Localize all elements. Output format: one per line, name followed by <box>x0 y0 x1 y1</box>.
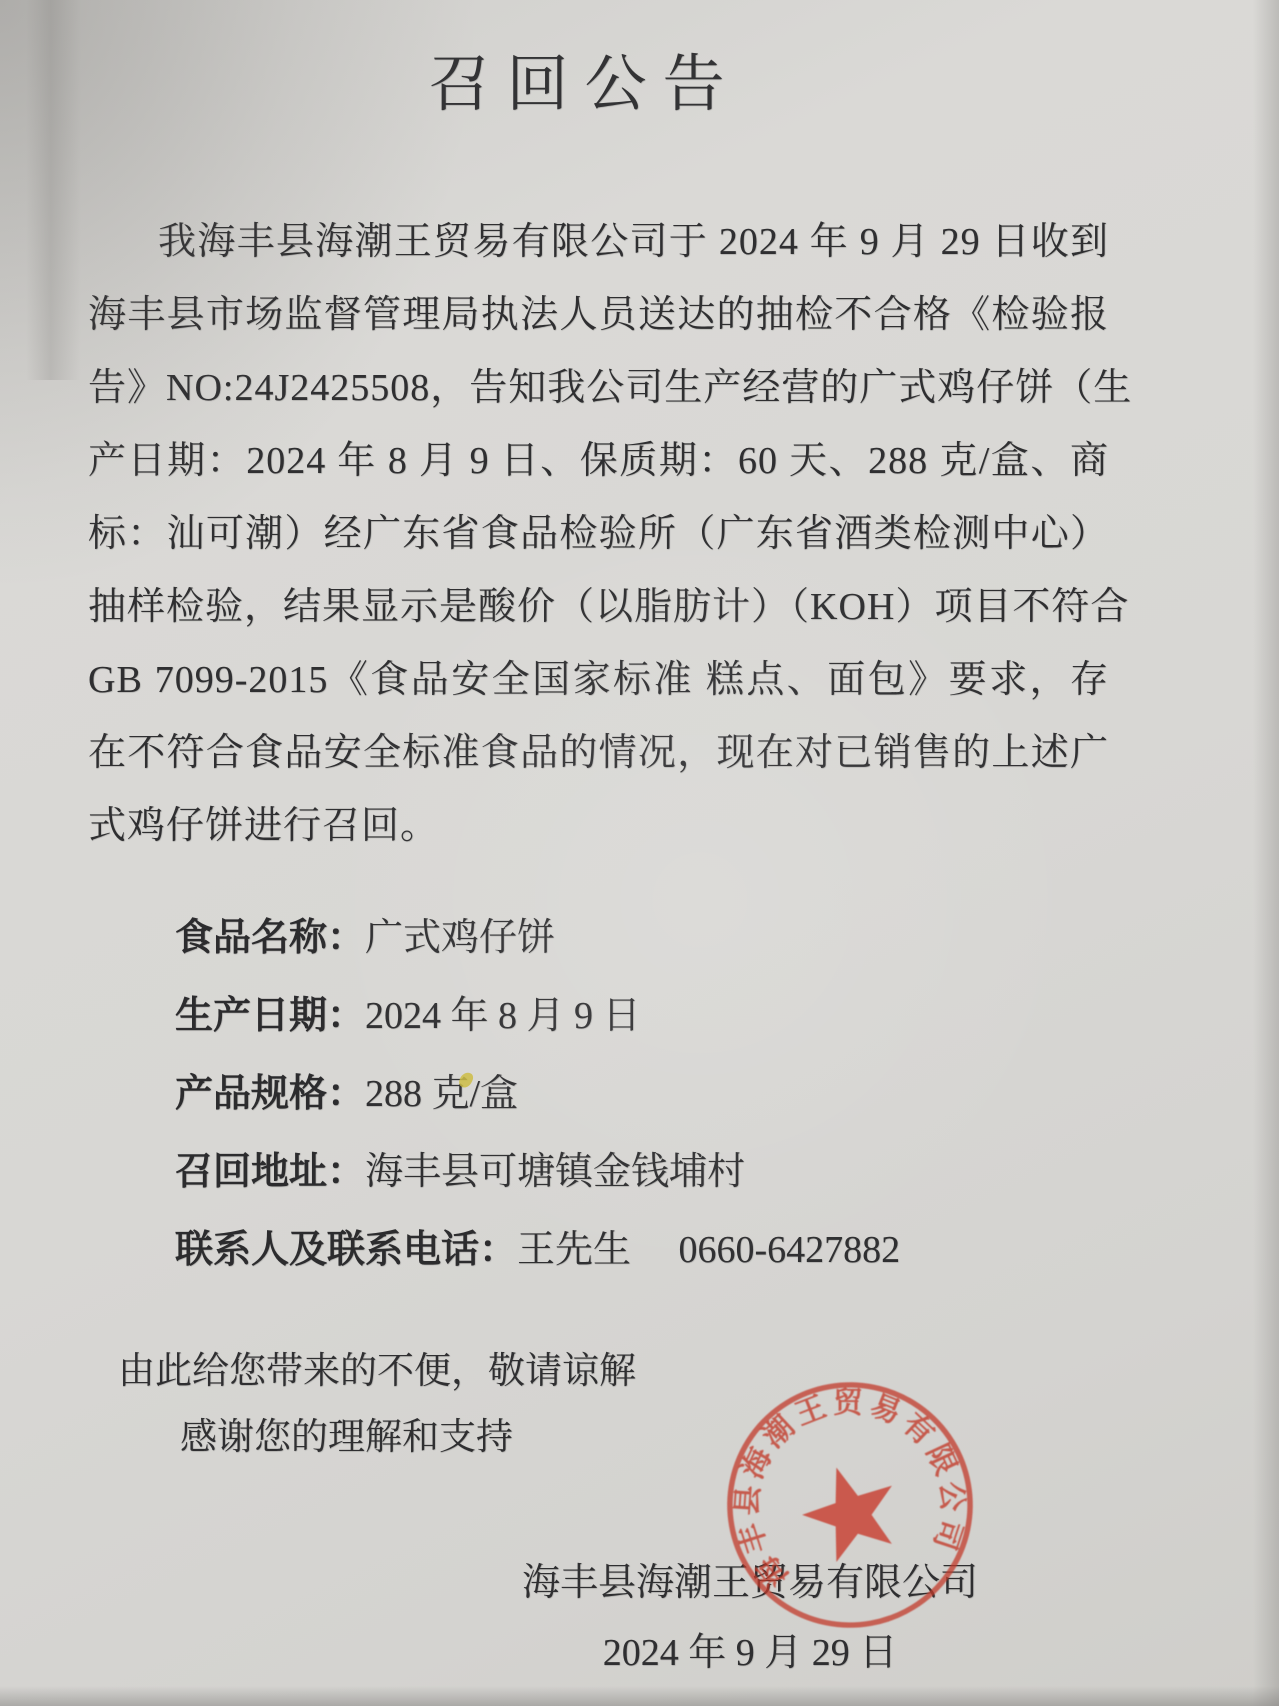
detail-value: 广式鸡仔饼 <box>365 917 555 959</box>
paragraph-line: 式鸡仔饼进行召回。 <box>88 790 1109 863</box>
paper-shadow-right-edge <box>1253 0 1279 1706</box>
paragraph-line: 告》NO:24J2425508，告知我公司生产经营的广式鸡仔饼（生 <box>88 352 1109 425</box>
detail-label: 召回地址： <box>175 1151 365 1193</box>
detail-label: 产品规格： <box>175 1073 365 1115</box>
paper-shadow-bottom-edge <box>0 1686 1279 1706</box>
detail-contact: 联系人及联系电话：王先生 0660-6427882 <box>175 1211 1129 1289</box>
detail-value: 2024 年 8 月 9 日 <box>365 995 641 1037</box>
paragraph-line: 抽样检验，结果显示是酸价（以脂肪计）（KOH）项目不符合 <box>88 571 1109 644</box>
scanned-recall-notice: 召回公告 我海丰县海潮王贸易有限公司于 2024 年 9 月 29 日收到 海丰… <box>0 0 1279 1706</box>
product-details: 食品名称：广式鸡仔饼 生产日期：2024 年 8 月 9 日 产品规格：288 … <box>175 899 1129 1289</box>
detail-recall-address: 召回地址：海丰县可塘镇金钱埔村 <box>175 1133 1129 1211</box>
detail-food-name: 食品名称：广式鸡仔饼 <box>175 899 1129 977</box>
paragraph-line: 标：汕可潮）经广东省食品检验所（广东省酒类检测中心） <box>88 498 1109 571</box>
paragraph-line: 在不符合食品安全标准食品的情况，现在对已销售的上述广 <box>88 717 1109 790</box>
recall-body-paragraph: 我海丰县海潮王贸易有限公司于 2024 年 9 月 29 日收到 海丰县市场监督… <box>88 206 1109 863</box>
page-title: 召回公告 <box>0 46 1279 124</box>
detail-value: 288 克/盒 <box>365 1073 518 1115</box>
detail-value: 海丰县可塘镇金钱埔村 <box>365 1151 745 1193</box>
detail-label: 生产日期： <box>175 995 365 1037</box>
paragraph-line: 海丰县市场监督管理局执法人员送达的抽检不合格《检验报 <box>88 279 1109 352</box>
detail-label: 联系人及联系电话： <box>175 1229 517 1271</box>
paragraph-line: 产日期：2024 年 8 月 9 日、保质期：60 天、288 克/盒、商 <box>88 425 1109 498</box>
detail-label: 食品名称： <box>175 917 365 959</box>
closing-line: 感谢您的理解和支持 <box>118 1405 1129 1471</box>
detail-production-date: 生产日期：2024 年 8 月 9 日 <box>175 977 1129 1055</box>
paragraph-line: 我海丰县海潮王贸易有限公司于 2024 年 9 月 29 日收到 <box>88 206 1109 279</box>
closing-apology: 由此给您带来的不便，敬请谅解 感谢您的理解和支持 <box>118 1339 1129 1471</box>
company-seal-stamp: 海丰县海潮王贸易有限公司 <box>701 1356 1000 1655</box>
detail-value: 王先生 0660-6427882 <box>517 1229 900 1271</box>
seal-star-icon <box>791 1453 909 1568</box>
paragraph-line: GB 7099-2015《食品安全国家标准 糕点、面包》要求，存 <box>88 644 1109 717</box>
detail-product-spec: 产品规格：288 克/盒 <box>175 1055 1129 1133</box>
closing-line: 由此给您带来的不便，敬请谅解 <box>118 1339 1129 1405</box>
